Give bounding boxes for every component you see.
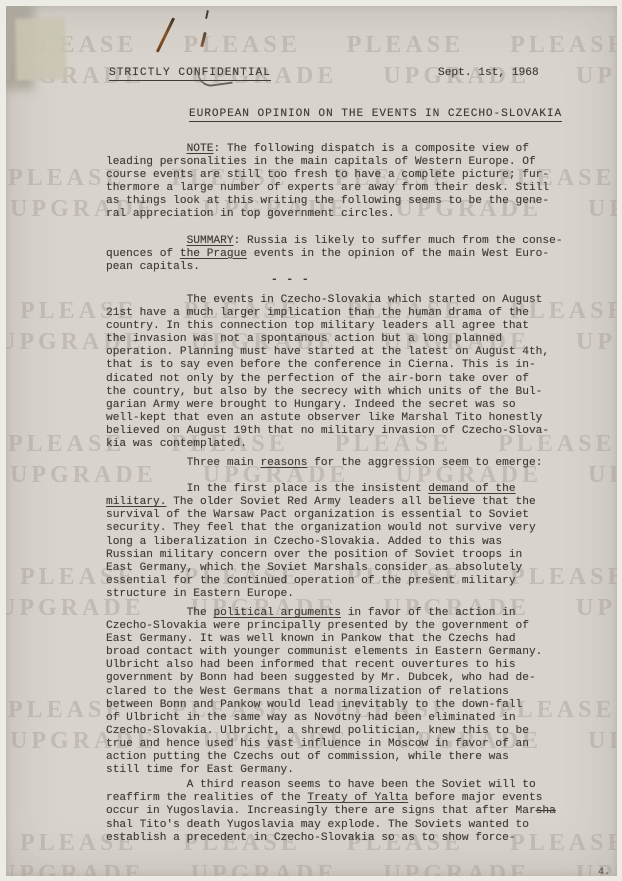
paragraph: Three main reasons for the aggression se… — [106, 457, 586, 470]
paragraph: NOTE: The following dispatch is a compos… — [106, 143, 586, 222]
watermark-text: UPGRADEUPGRADEUPGRADEUPGRADEUPGRADE — [6, 861, 617, 876]
pen-mark — [156, 17, 175, 52]
document-body: NOTE: The following dispatch is a compos… — [106, 143, 586, 845]
tape-smudge — [15, 17, 67, 80]
separator: - - - — [271, 274, 586, 287]
paragraph: The events in Czecho-Slovakia which star… — [106, 294, 586, 451]
date-label: Sept. 1st, 1968 — [438, 67, 539, 79]
scanned-document-page: PLEASEPLEASEPLEASEPLEASEPLEASEUPGRADEUPG… — [6, 6, 617, 876]
paragraph: The political arguments in favor of the … — [106, 607, 586, 777]
classification-label: STRICTLY CONFIDENTIAL — [109, 67, 271, 81]
pen-mark — [205, 10, 209, 19]
page-number: 4. — [598, 867, 610, 876]
paragraph: A third reason seems to have been the So… — [106, 779, 586, 844]
document-title: EUROPEAN OPINION ON THE EVENTS IN CZECHO… — [189, 108, 562, 122]
watermark-text: PLEASEPLEASEPLEASEPLEASEPLEASE — [20, 32, 617, 59]
paragraph: In the first place is the insistent dema… — [106, 483, 586, 601]
pen-mark — [200, 32, 206, 47]
paragraph: SUMMARY: Russia is likely to suffer much… — [106, 235, 586, 274]
